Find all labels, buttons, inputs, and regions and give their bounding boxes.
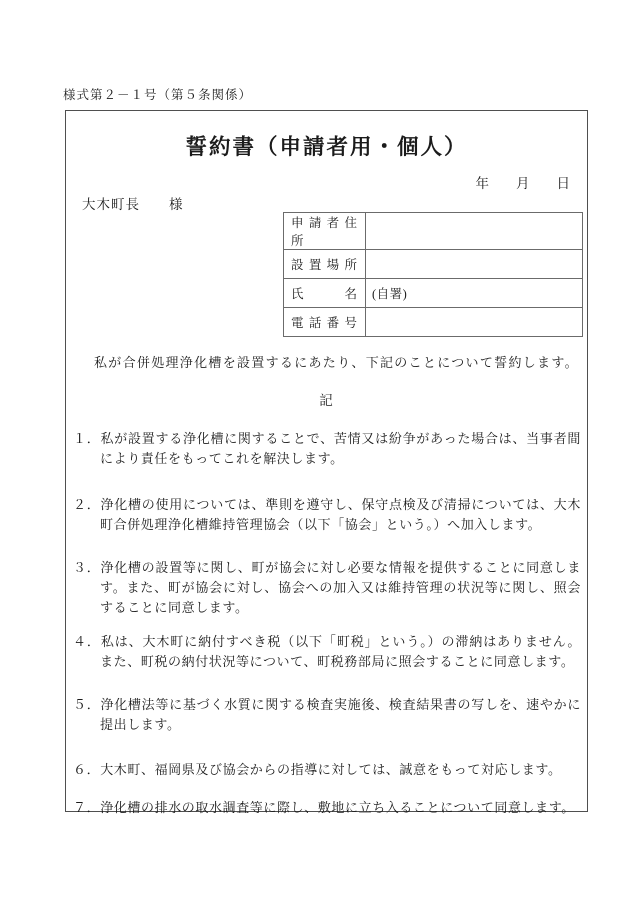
applicant-table: 申請者住所 設置場所 氏名 (自署) 電話番号 <box>283 212 583 337</box>
item-text: 浄化槽の排水の取水調査等に際し、敷地に立ち入ることについて同意します。 <box>100 800 575 815</box>
row-value <box>366 250 583 279</box>
table-row-installation-site: 設置場所 <box>284 250 583 279</box>
pledge-item-4: ４．私は、大木町に納付すべき税（以下「町税」という。）の滞納はありません。また、… <box>73 632 581 672</box>
item-number: ４． <box>73 634 101 649</box>
item-number: ２． <box>73 497 101 512</box>
form-number-label: 様式第２－１号（第５条関係） <box>63 85 252 103</box>
row-label: 電話番号 <box>284 308 366 337</box>
pledge-item-3: ３．浄化槽の設置等に関し、町が協会に対し必要な情報を提供することに同意します。ま… <box>73 558 581 618</box>
item-number: ３． <box>73 560 100 575</box>
item-number: ６． <box>73 762 100 777</box>
item-text: 私は、大木町に納付すべき税（以下「町税」という。）の滞納はありません。また、町税… <box>100 634 581 669</box>
pledge-item-5: ５．浄化槽法等に基づく水質に関する検査実施後、検査結果書の写しを、速やかに提出し… <box>73 695 581 735</box>
table-row-phone-number: 電話番号 <box>284 308 583 337</box>
item-number: １． <box>73 431 101 446</box>
pledge-document-frame: 誓約書（申請者用・個人） 年 月 日 大木町長 様 申請者住所 設置場所 氏名 … <box>65 110 588 812</box>
item-number: ７． <box>73 800 100 815</box>
item-text: 大木町、福岡県及び協会からの指導に対しては、誠意をもって対応します。 <box>100 762 561 777</box>
row-label: 氏名 <box>284 279 366 308</box>
row-value <box>366 213 583 250</box>
date-line: 年 月 日 <box>476 172 571 192</box>
table-row-applicant-address: 申請者住所 <box>284 213 583 250</box>
item-text: 浄化槽の設置等に関し、町が協会に対し必要な情報を提供することに同意します。また、… <box>100 560 581 615</box>
document-page: 様式第２－１号（第５条関係） 誓約書（申請者用・個人） 年 月 日 大木町長 様… <box>0 0 630 903</box>
table-row-name: 氏名 (自署) <box>284 279 583 308</box>
item-number: ５． <box>73 697 100 712</box>
addressee: 大木町長 様 <box>82 193 184 213</box>
document-title: 誓約書（申請者用・個人） <box>66 130 587 161</box>
pledge-item-7: ７．浄化槽の排水の取水調査等に際し、敷地に立ち入ることについて同意します。 <box>73 798 581 818</box>
pledge-item-2: ２．浄化槽の使用については、準則を遵守し、保守点検及び清掃については、大木町合併… <box>73 495 581 535</box>
item-text: 浄化槽法等に基づく水質に関する検査実施後、検査結果書の写しを、速やかに提出します… <box>100 697 581 732</box>
list-heading: 記 <box>66 389 587 409</box>
row-value: (自署) <box>366 279 583 308</box>
row-label: 設置場所 <box>284 250 366 279</box>
item-text: 浄化槽の使用については、準則を遵守し、保守点検及び清掃については、大木町合併処理… <box>100 497 581 532</box>
row-value <box>366 308 583 337</box>
item-text: 私が設置する浄化槽に関することで、苦情又は紛争があった場合は、当事者間により責任… <box>100 431 581 466</box>
row-label: 申請者住所 <box>284 213 366 250</box>
pledge-intro: 私が合併処理浄化槽を設置するにあたり、下記のことについて誓約します。 <box>79 353 579 373</box>
pledge-item-6: ６．大木町、福岡県及び協会からの指導に対しては、誠意をもって対応します。 <box>73 760 581 780</box>
pledge-item-1: １．私が設置する浄化槽に関することで、苦情又は紛争があった場合は、当事者間により… <box>73 429 581 469</box>
